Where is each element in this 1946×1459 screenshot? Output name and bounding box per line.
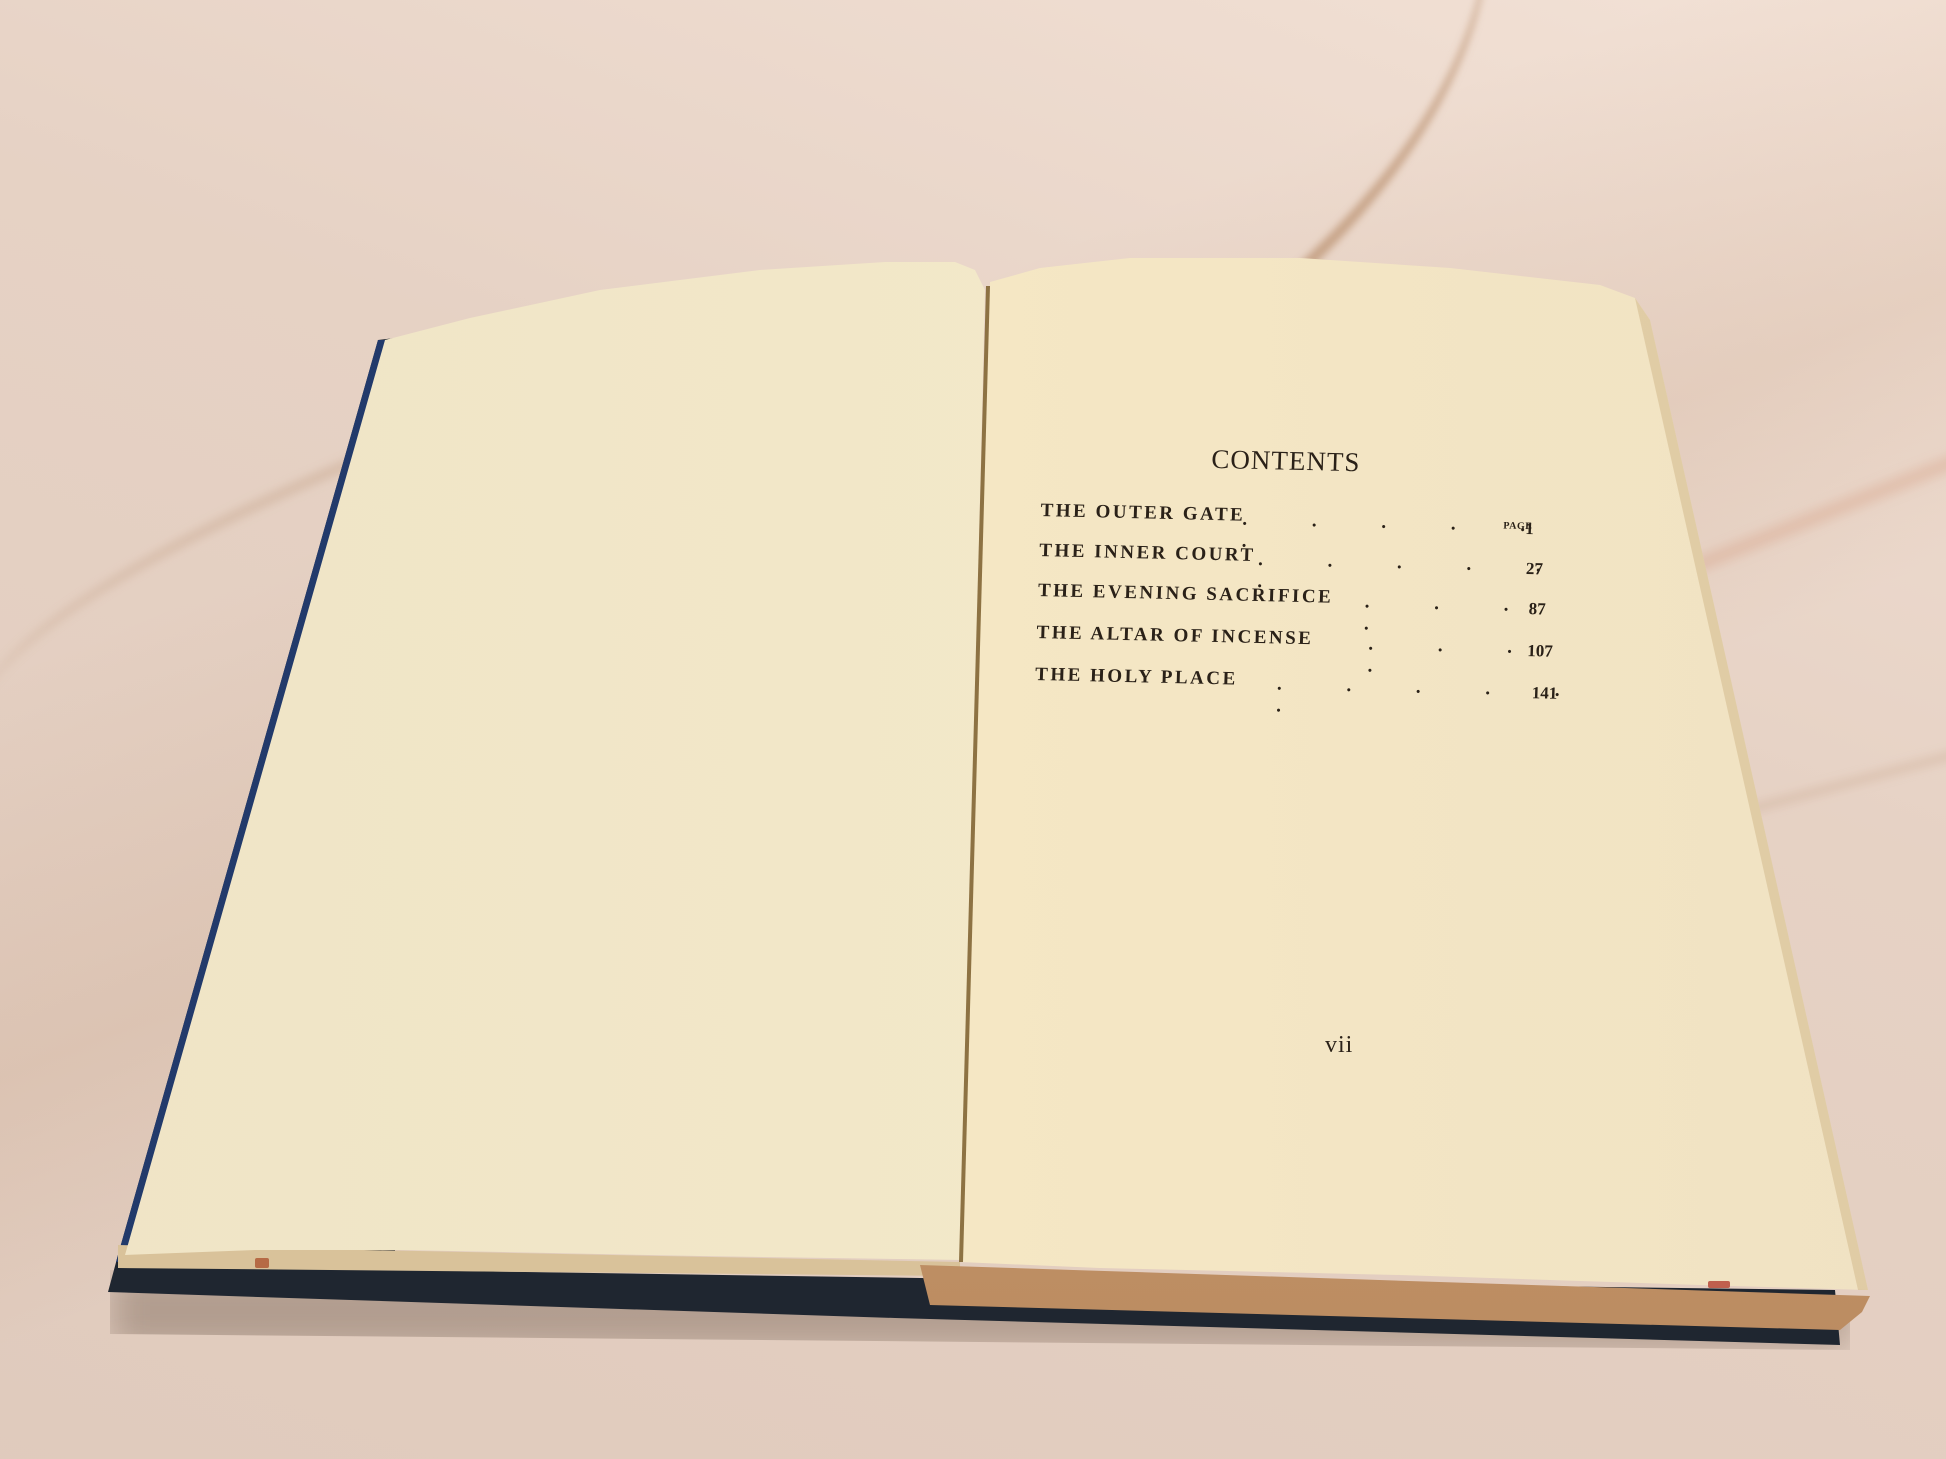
page-edge-stain: [255, 1258, 269, 1268]
toc-entry-page: 141: [1532, 683, 1558, 704]
toc-entry-title: THE OUTER GATE: [1040, 500, 1245, 527]
toc-entry-title: THE HOLY PLACE: [1035, 664, 1238, 691]
toc-entry-title: THE INNER COURT: [1039, 540, 1256, 567]
toc-entry-page: 27: [1526, 559, 1544, 579]
page-number: vii: [1325, 1032, 1353, 1059]
toc-entry-page: 87: [1528, 599, 1546, 619]
toc-entry-page: 107: [1527, 641, 1553, 662]
toc-entry-page: 1: [1525, 519, 1534, 539]
page-edge-stain: [1708, 1281, 1730, 1288]
contents-heading: CONTENTS: [1211, 444, 1361, 478]
